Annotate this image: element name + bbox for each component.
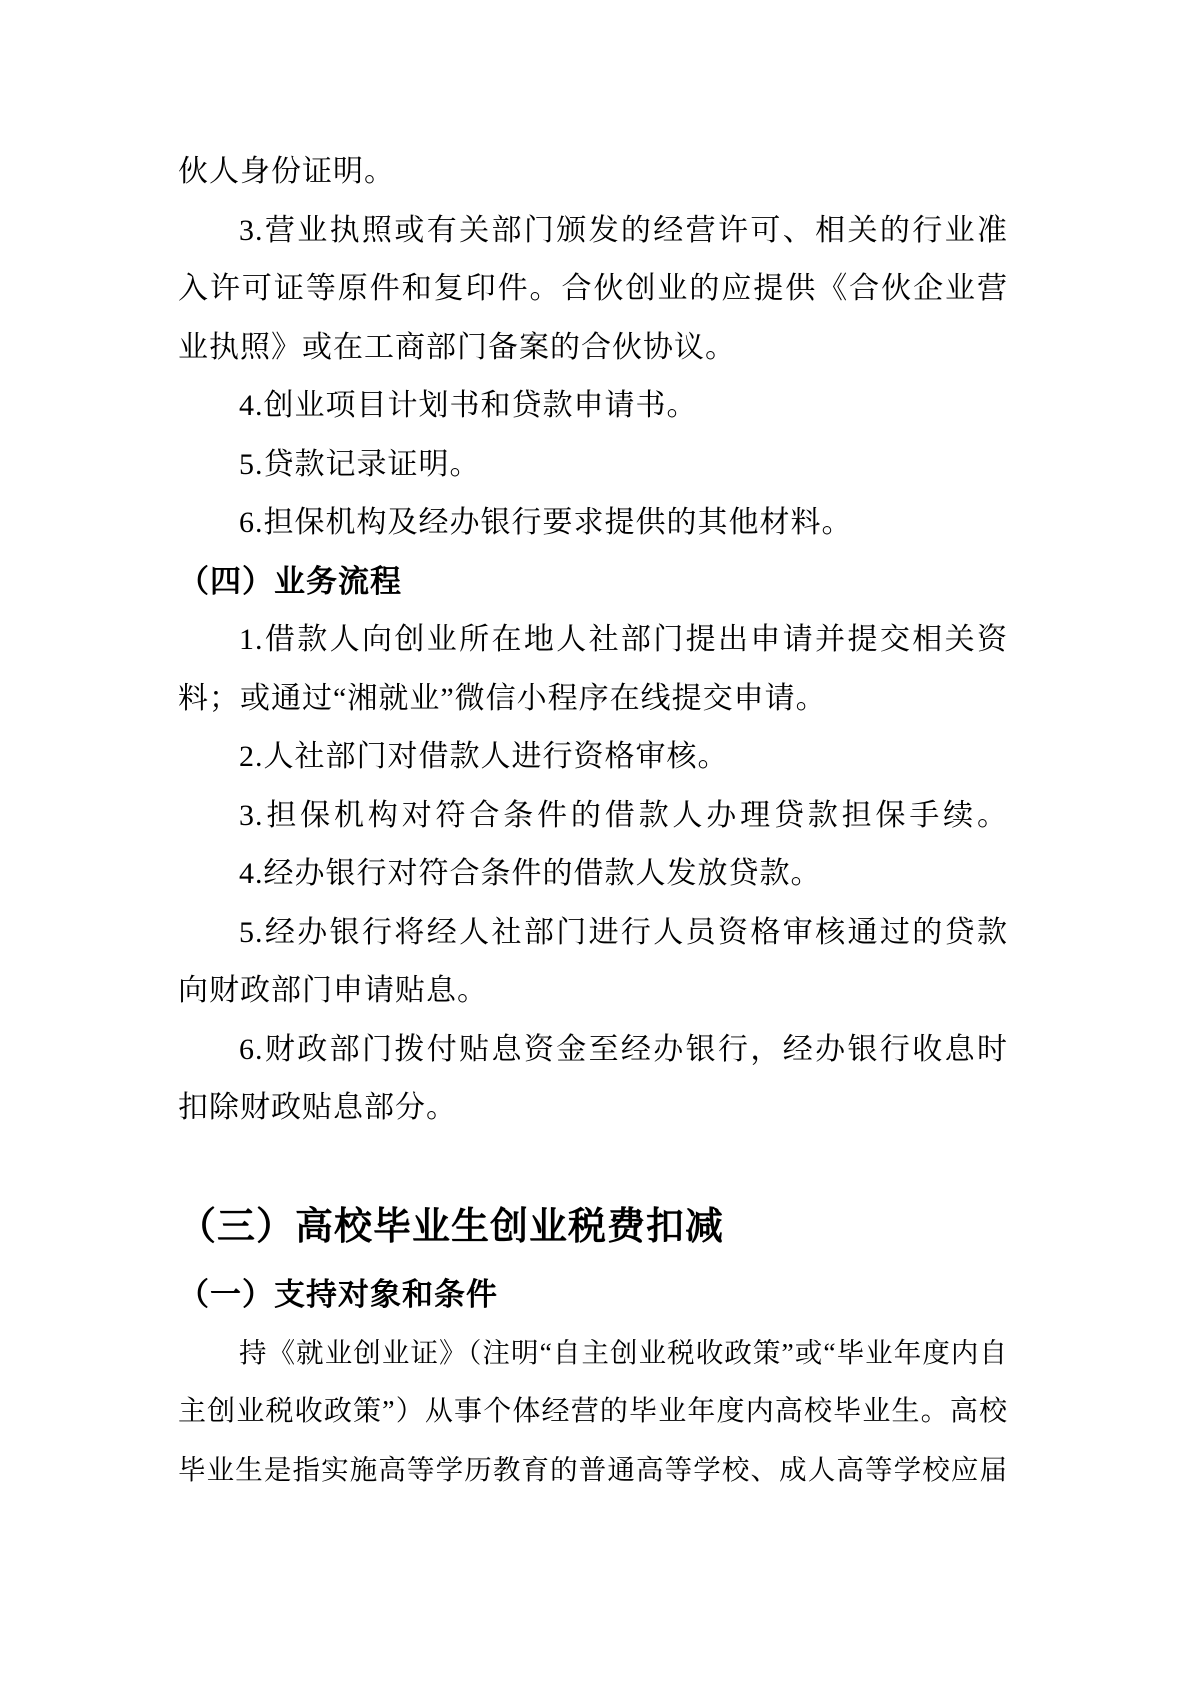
body-text-line: 毕业生是指实施高等学历教育的普通高等学校、成人高等学校应届 <box>178 1441 1008 1500</box>
document-page: 伙人身份证明。3.营业执照或有关部门颁发的经营许可、相关的行业准入许可证等原件和… <box>0 0 1191 1684</box>
body-text-line: 5.经办银行将经人社部门进行人员资格审核通过的贷款 <box>178 904 1008 963</box>
body-text-line: 3.担保机构对符合条件的借款人办理贷款担保手续。 <box>178 787 1008 846</box>
section-heading: （三）高校毕业生创业税费扣减 <box>178 1188 1008 1266</box>
paragraph-gap <box>178 1138 1008 1188</box>
body-text-line: 6.担保机构及经办银行要求提供的其他材料。 <box>178 494 1008 553</box>
subsection-heading: （一）支持对象和条件 <box>178 1266 1008 1325</box>
body-text-line: 入许可证等原件和复印件。合伙创业的应提供《合伙企业营 <box>178 260 1008 319</box>
body-text-line: 主创业税收政策”）从事个体经营的毕业年度内高校毕业生。高校 <box>178 1383 1008 1442</box>
body-text-line: 6.财政部门拨付贴息资金至经办银行，经办银行收息时 <box>178 1021 1008 1080</box>
body-text-line: 4.创业项目计划书和贷款申请书。 <box>178 377 1008 436</box>
document-content: 伙人身份证明。3.营业执照或有关部门颁发的经营许可、相关的行业准入许可证等原件和… <box>178 143 1008 1500</box>
body-text-line: 3.营业执照或有关部门颁发的经营许可、相关的行业准 <box>178 202 1008 261</box>
body-text-line: 业执照》或在工商部门备案的合伙协议。 <box>178 319 1008 378</box>
body-text-line: 伙人身份证明。 <box>178 143 1008 202</box>
body-text-line: 5.贷款记录证明。 <box>178 436 1008 495</box>
body-text-line: 扣除财政贴息部分。 <box>178 1079 1008 1138</box>
body-text-line: 1.借款人向创业所在地人社部门提出申请并提交相关资 <box>178 611 1008 670</box>
body-text-line: 料；或通过“湘就业”微信小程序在线提交申请。 <box>178 670 1008 729</box>
body-text-line: 向财政部门申请贴息。 <box>178 962 1008 1021</box>
body-text-line: 4.经办银行对符合条件的借款人发放贷款。 <box>178 845 1008 904</box>
body-text-line: 持《就业创业证》（注明“自主创业税收政策”或“毕业年度内自 <box>178 1324 1008 1383</box>
subsection-heading: （四）业务流程 <box>178 553 1008 612</box>
body-text-line: 2.人社部门对借款人进行资格审核。 <box>178 728 1008 787</box>
